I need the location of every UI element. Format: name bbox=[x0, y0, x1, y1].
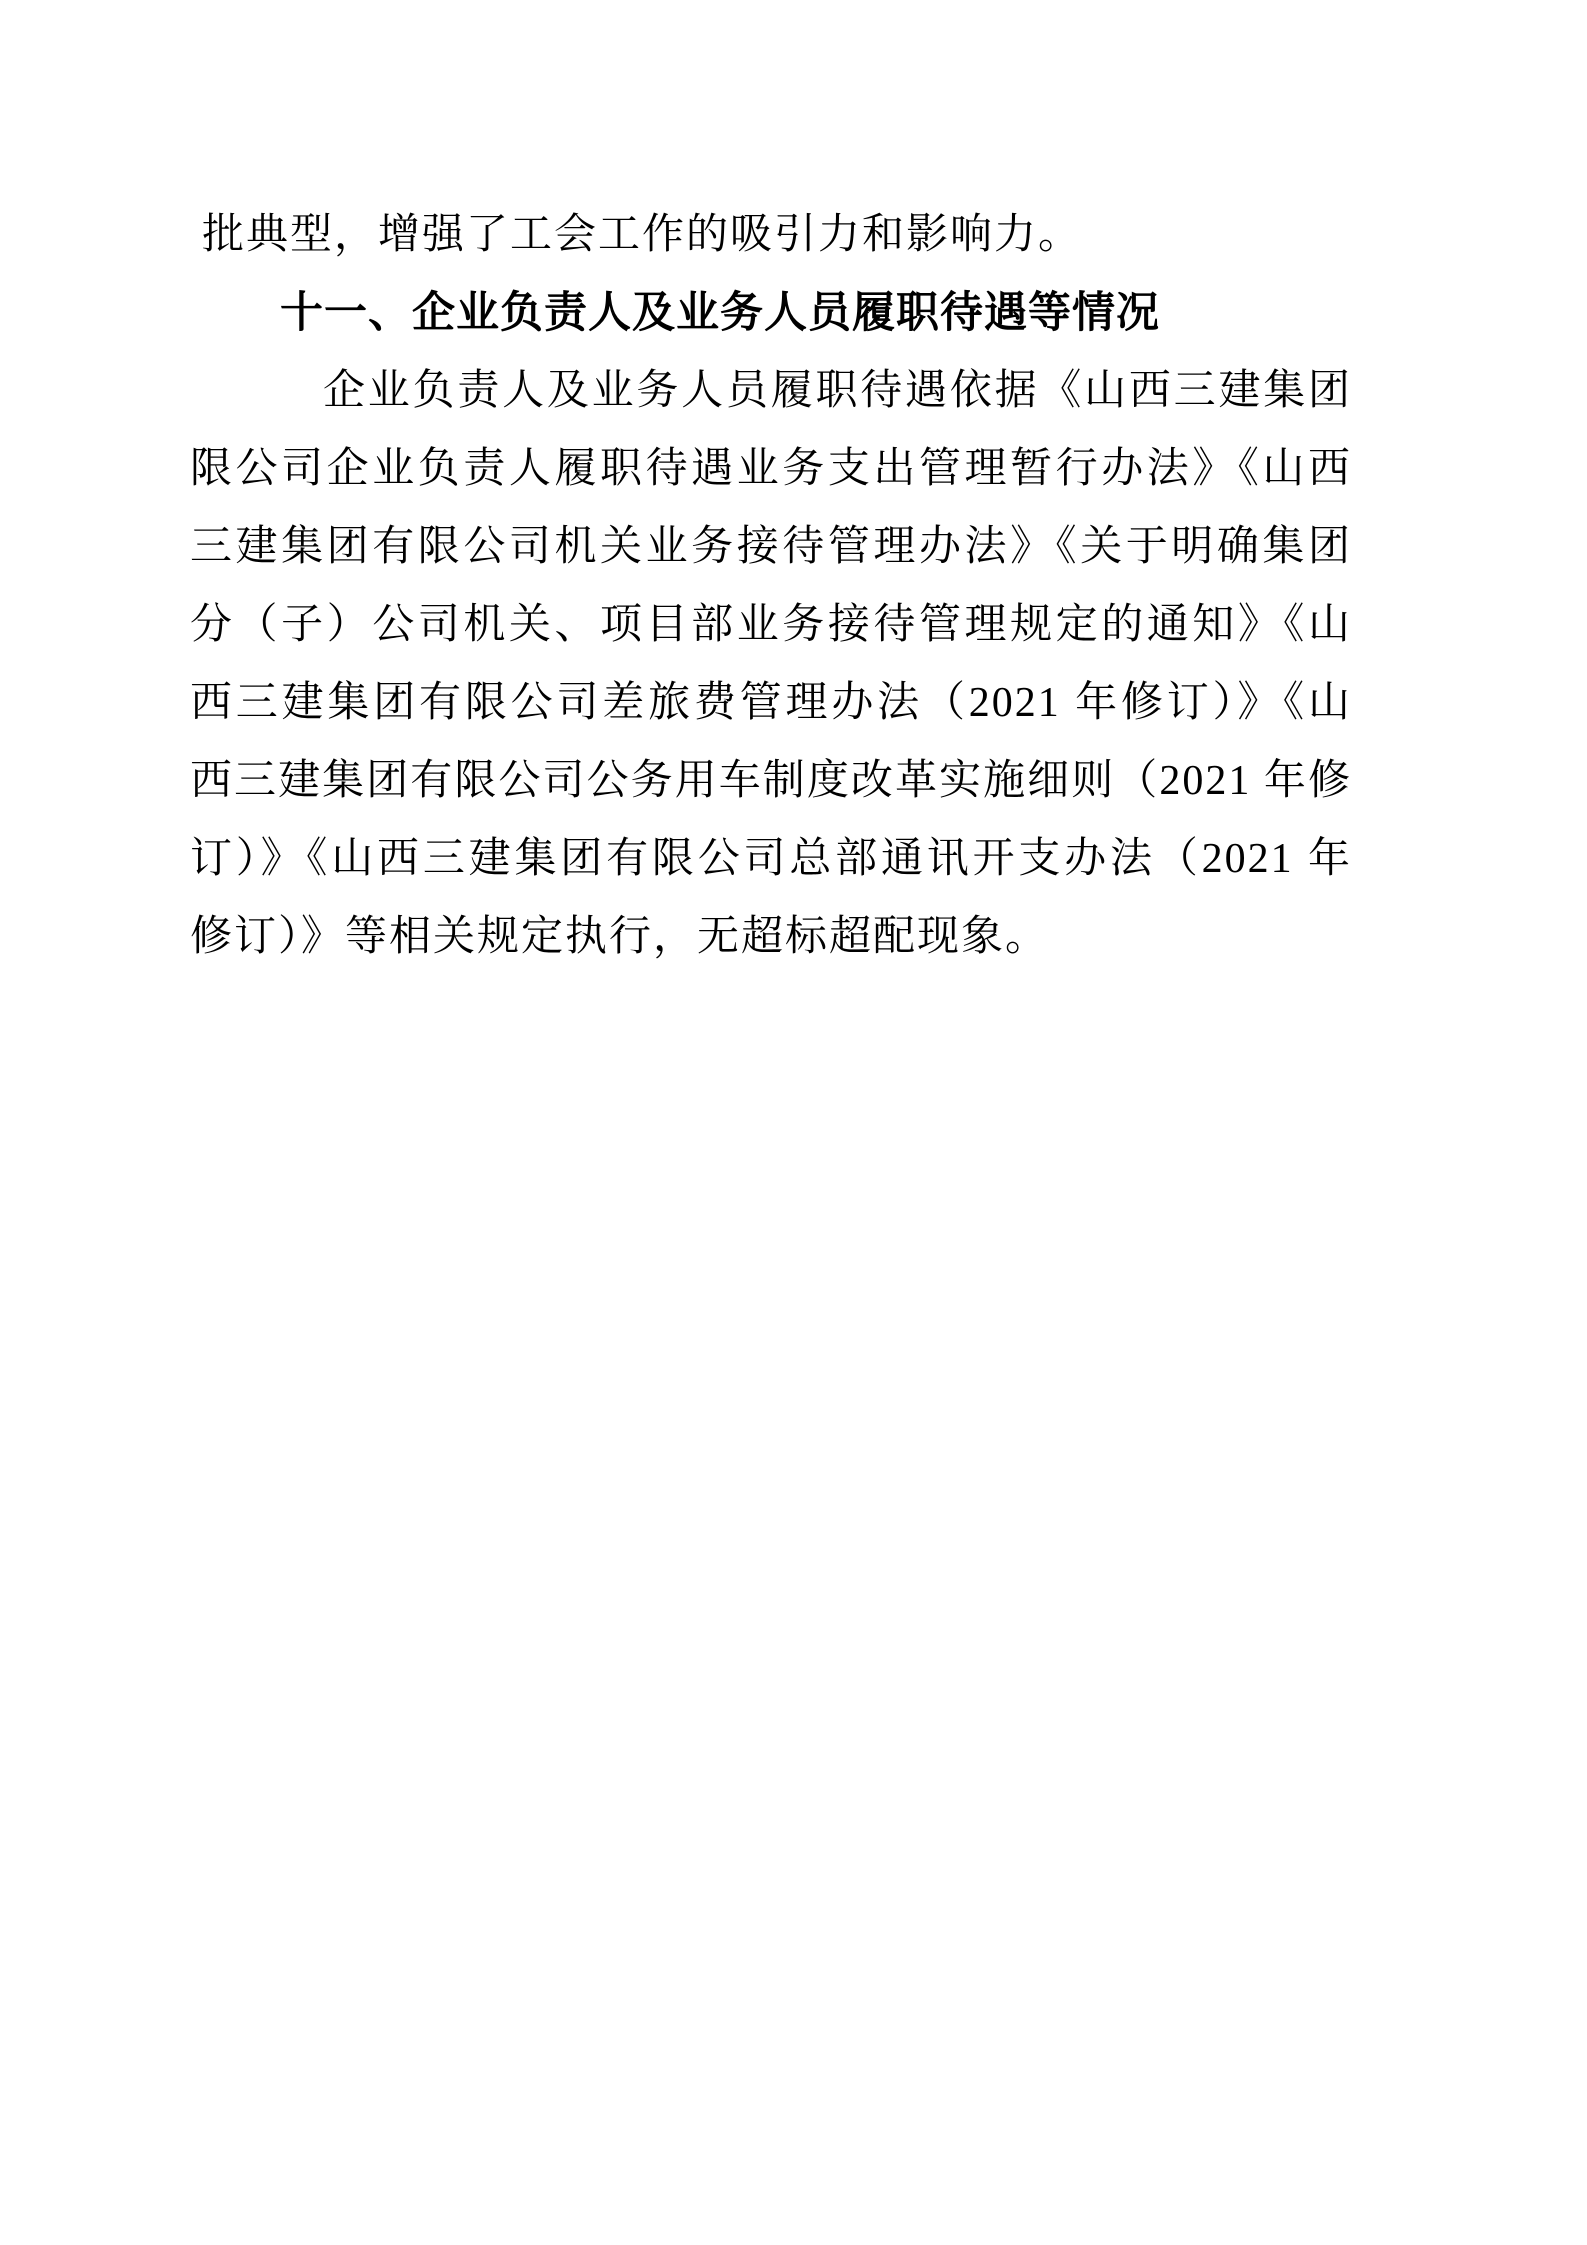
paragraph-line: 限公司企业负责人履职待遇业务支出管理暂行办法》《山西 bbox=[190, 430, 1352, 508]
section-heading: 十一、企业负责人及业务人员履职待遇等情况 bbox=[190, 274, 1352, 352]
paragraph-line: 修订）》等相关规定执行，无超标超配现象。 bbox=[190, 898, 1352, 976]
paragraph-line: 三建集团有限公司机关业务接待管理办法》《关于明确集团 bbox=[190, 508, 1352, 586]
previous-paragraph-last-line: 批典型，增强了工会工作的吸引力和影响力。 bbox=[190, 196, 1352, 274]
paragraph-line: 西三建集团有限公司公务用车制度改革实施细则（2021 年修 bbox=[190, 742, 1352, 820]
document-text-block: 批典型，增强了工会工作的吸引力和影响力。 十一、企业负责人及业务人员履职待遇等情… bbox=[190, 196, 1352, 976]
paragraph-line: 分（子）公司机关、项目部业务接待管理规定的通知》《山 bbox=[190, 586, 1352, 664]
paragraph-line: 订）》《山西三建集团有限公司总部通讯开支办法（2021 年 bbox=[190, 820, 1352, 898]
document-page: 批典型，增强了工会工作的吸引力和影响力。 十一、企业负责人及业务人员履职待遇等情… bbox=[0, 0, 1587, 2245]
paragraph-line: 西三建集团有限公司差旅费管理办法（2021 年修订）》《山 bbox=[190, 664, 1352, 742]
paragraph-line: 企业负责人及业务人员履职待遇依据《山西三建集团有 bbox=[190, 352, 1352, 430]
